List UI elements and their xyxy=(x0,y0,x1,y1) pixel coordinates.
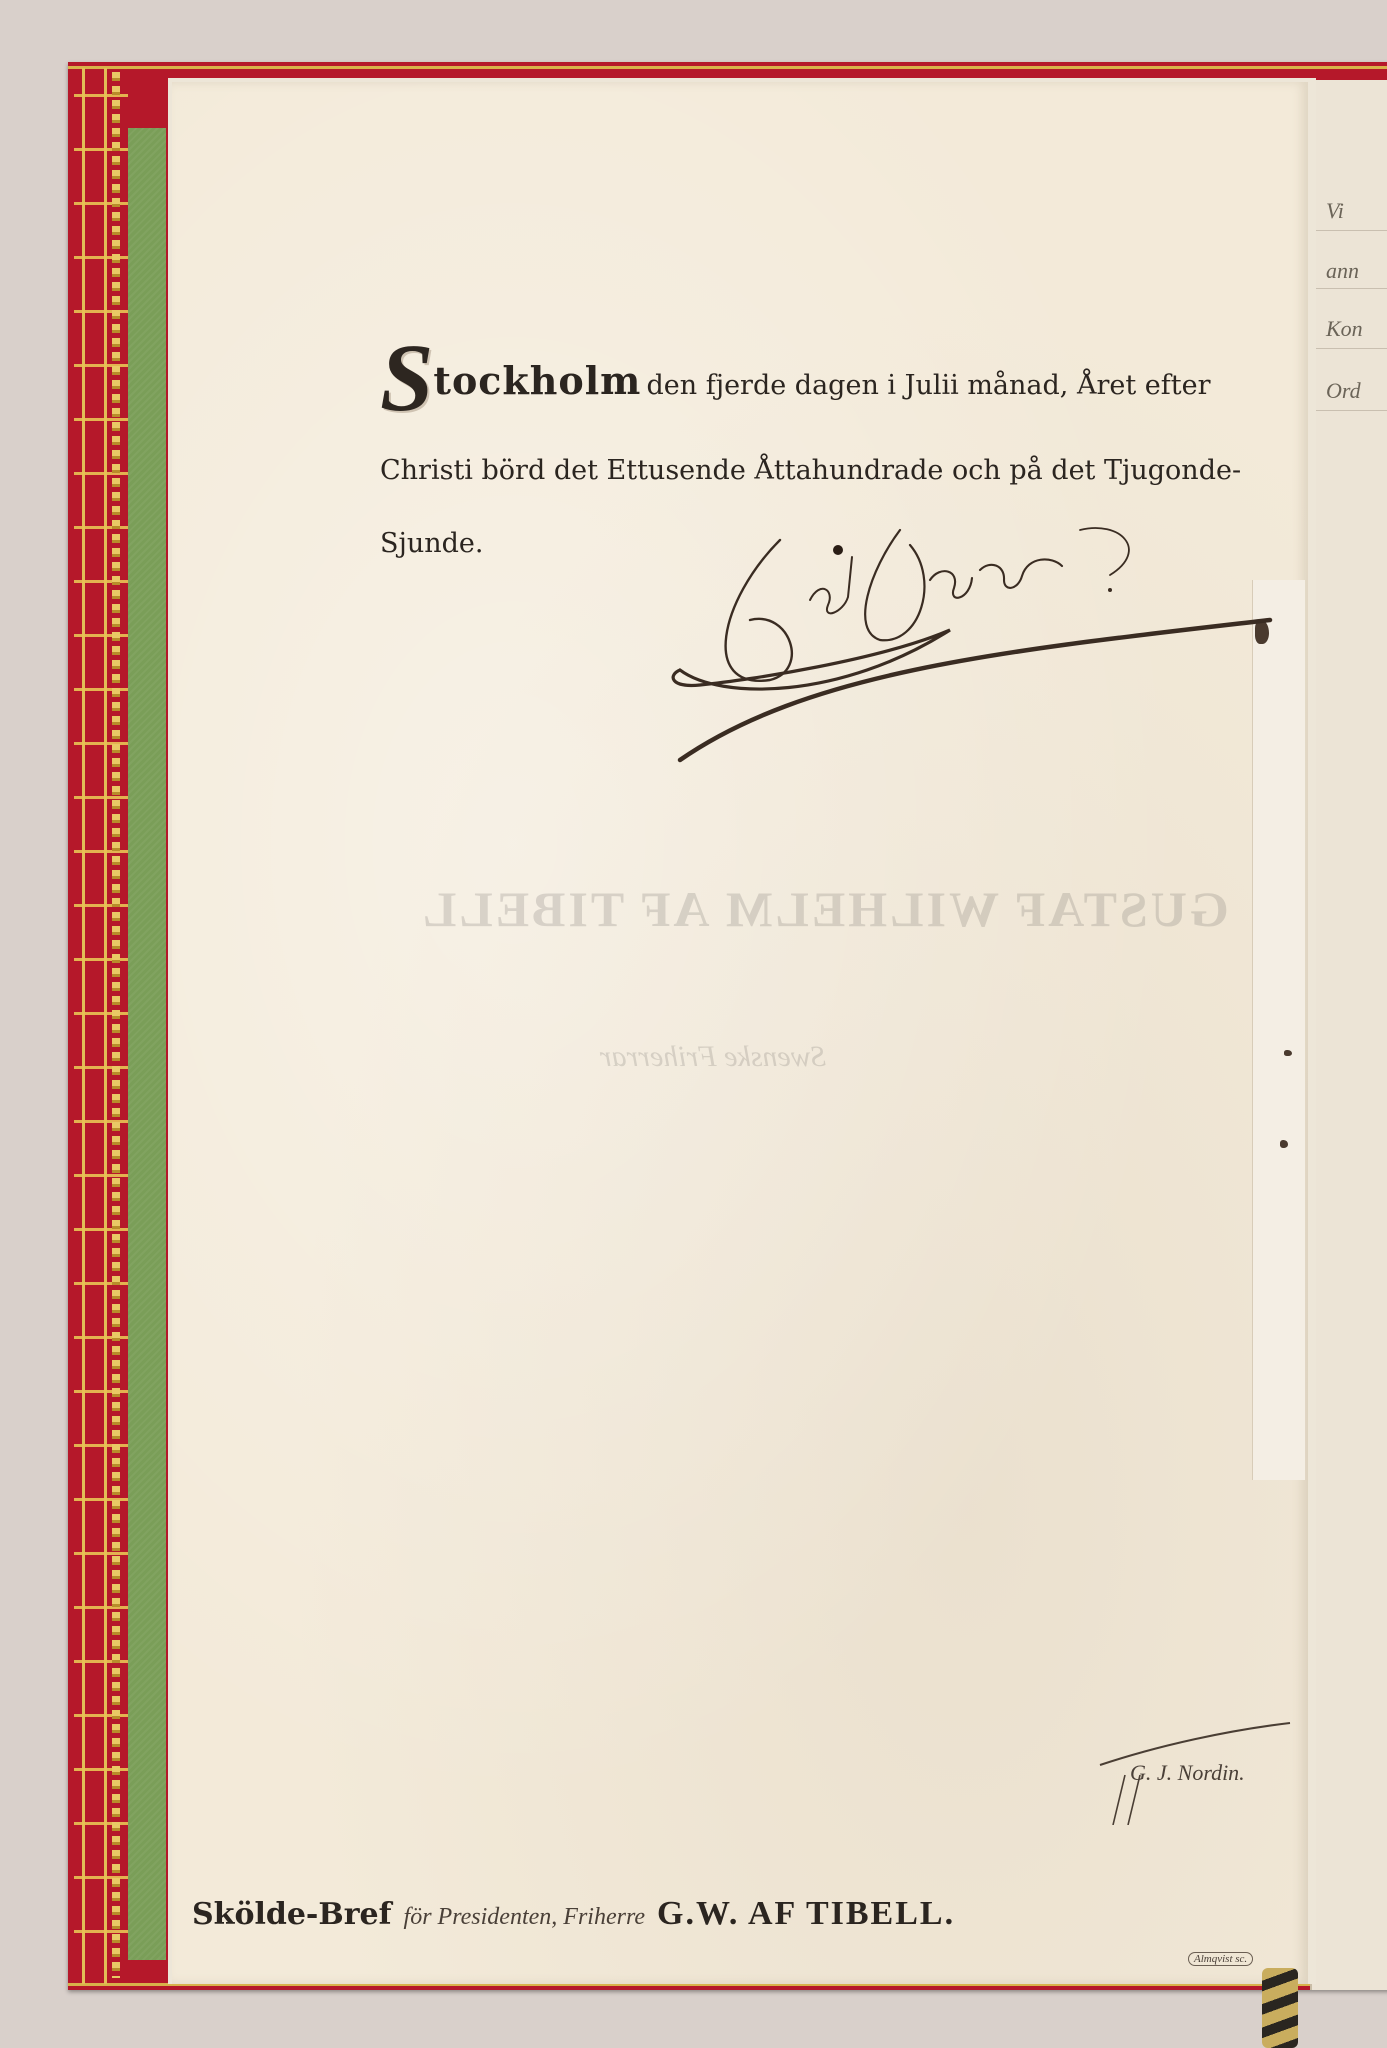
recipient-name: G.W. AF TIBELL. xyxy=(657,1895,955,1932)
facing-fragment: Vi xyxy=(1326,198,1344,224)
facing-page: Vi ann Kon Ord xyxy=(1310,80,1387,1990)
countersignature: G. J. Nordin. xyxy=(1130,1760,1245,1786)
ink-speck xyxy=(1280,1140,1288,1148)
ruled-line xyxy=(1312,348,1387,349)
ink-speck xyxy=(1284,1050,1292,1056)
facing-fragment: Ord xyxy=(1326,378,1361,404)
green-silk-liner xyxy=(128,128,166,1960)
royal-signature: Carl Johan. xyxy=(660,510,1280,770)
city-name: tockholm xyxy=(433,358,641,403)
ruled-line xyxy=(1312,288,1387,289)
dating-text: den fjerde dagen i Julii månad, Året eft… xyxy=(646,370,1210,401)
ruled-line xyxy=(1312,230,1387,231)
facing-fragment: Kon xyxy=(1326,316,1363,342)
dating-line-3: Sjunde. xyxy=(380,528,484,559)
bleed-through-name: GUSTAF WILHELM AF TIBELL xyxy=(420,880,1229,938)
gilt-chain-ornament xyxy=(112,72,120,1978)
document-title: Skölde-Bref för Presidenten, Friherre G.… xyxy=(192,1895,955,1933)
drop-cap: S xyxy=(380,324,433,431)
dating-line-1: Stockholm den fjerde dagen i Julii månad… xyxy=(380,330,1211,426)
facing-fragment: ann xyxy=(1326,258,1359,284)
binder-stamp: Almqvist sc. xyxy=(1188,1952,1253,1966)
bookmark-cord xyxy=(1262,1968,1298,2048)
bleed-through-line: Swenske Friherrar xyxy=(600,1040,826,1074)
gilt-rule-top xyxy=(68,66,1387,69)
ruled-line xyxy=(1312,410,1387,411)
dating-line-2: Christi börd det Ettusende Åttahundrade … xyxy=(380,455,1241,486)
title-script: för Presidenten, Friherre xyxy=(404,1904,646,1930)
title-gothic: Skölde-Bref xyxy=(192,1897,392,1932)
